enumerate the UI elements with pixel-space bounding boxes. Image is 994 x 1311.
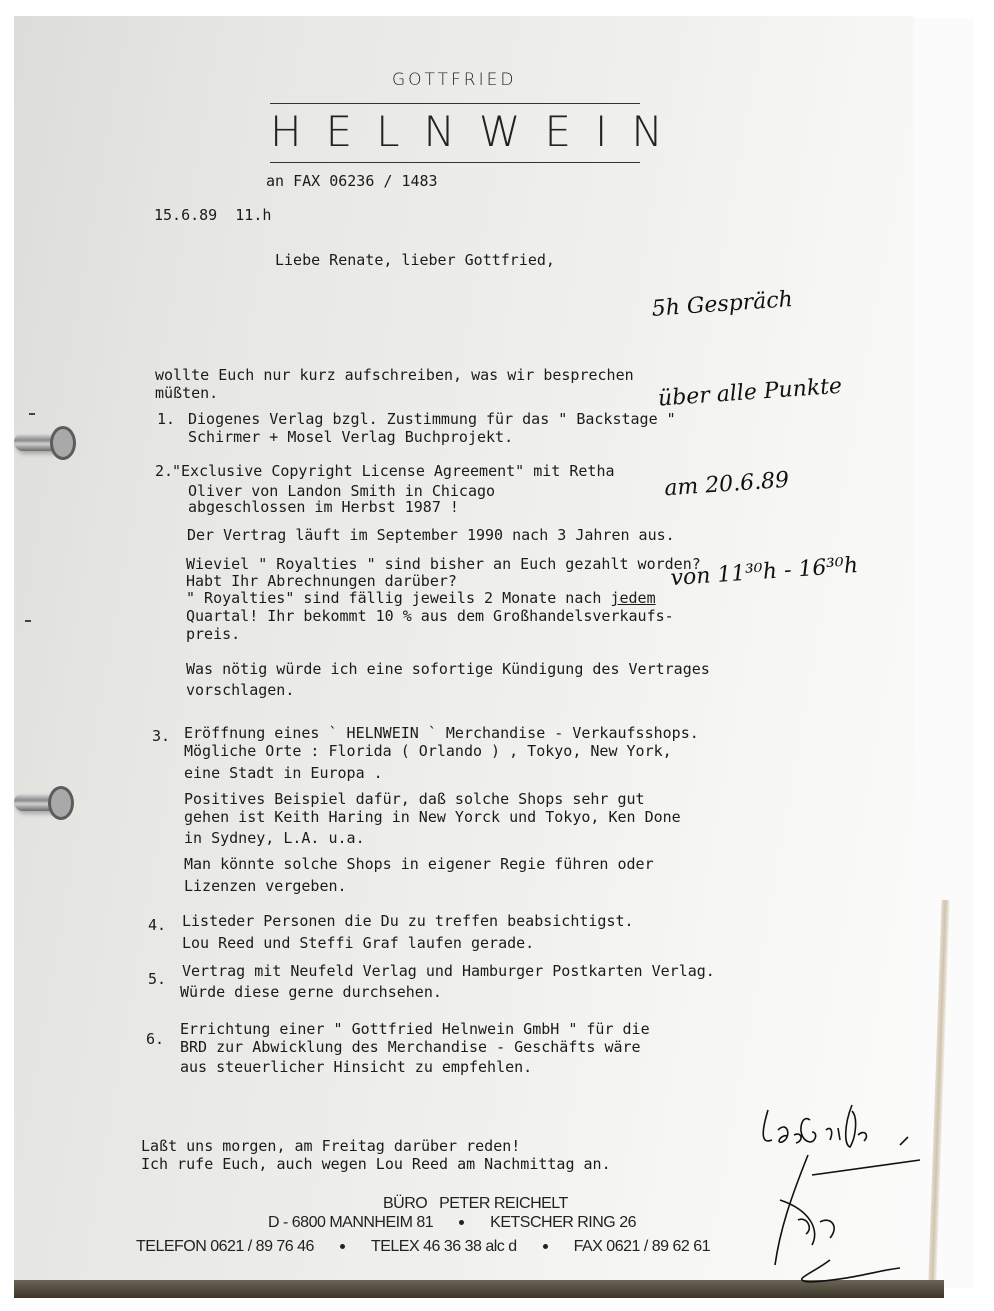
item-3-line: Eröffnung eines ` HELNWEIN ` Merchandise… <box>184 724 699 742</box>
note-line: 5h Gespräch <box>651 282 840 325</box>
punch-mark <box>25 620 31 622</box>
item-3-paragraph: Positives Beispiel dafür, daß solche Sho… <box>184 790 645 808</box>
item-2-paragraph: Der Vertrag läuft im September 1990 nach… <box>187 526 675 544</box>
item-number: 2. <box>155 462 173 480</box>
closing-line: Ich rufe Euch, auch wegen Lou Reed am Na… <box>141 1155 611 1173</box>
royalties-line: " Royalties" sind fällig jeweils 2 Monat… <box>186 589 610 607</box>
closing-line: Laßt uns morgen, am Freitag darüber rede… <box>141 1137 520 1155</box>
item-2-paragraph: Was nötig würde ich eine sofortige Kündi… <box>186 660 710 678</box>
fax-line: an FAX 06236 / 1483 <box>266 172 438 190</box>
item-5-line: Würde diese gerne durchsehen. <box>180 983 442 1001</box>
letterhead-first-name: GOTTFRIED <box>392 70 516 90</box>
note-line: über alle Punkte <box>657 372 846 415</box>
signature <box>750 1090 930 1294</box>
signature-scrawl-icon <box>750 1090 930 1290</box>
footer-city: D - 6800 MANNHEIM 81 <box>268 1214 433 1231</box>
letterhead-rule-top <box>270 103 640 104</box>
item-2-paragraph: Quartal! Ihr bekommt 10 % aus dem Großha… <box>186 607 674 625</box>
item-4-line: Listeder Personen die Du zu treffen beab… <box>182 912 634 930</box>
footer-street: KETSCHER RING 26 <box>490 1214 636 1231</box>
item-2-paragraph: Wieviel " Royalties " sind bisher an Euc… <box>186 555 701 573</box>
item-2-paragraph: preis. <box>186 625 240 643</box>
item-2-paragraph: vorschlagen. <box>186 681 294 699</box>
bullet-icon <box>340 1244 345 1249</box>
item-3-line: Mögliche Orte : Florida ( Orlando ) , To… <box>184 742 672 760</box>
item-3-paragraph: in Sydney, L.A. u.a. <box>184 829 365 847</box>
item-2-line: "Exclusive Copyright License Agreement" … <box>172 462 615 480</box>
item-6-line: BRD zur Abwicklung des Merchandise - Ges… <box>180 1038 641 1056</box>
footer-contact: TELEFON 0621 / 89 76 46TELEX 46 36 38 al… <box>136 1238 710 1256</box>
item-number: 5. <box>148 970 166 988</box>
item-2-paragraph: Habt Ihr Abrechnungen darüber? <box>186 572 457 590</box>
item-4-line: Lou Reed und Steffi Graf laufen gerade. <box>182 934 534 952</box>
item-number: 3. <box>152 727 170 745</box>
note-line: am 20.6.89 <box>663 461 852 504</box>
item-3-paragraph: Man könnte solche Shops in eigener Regie… <box>184 855 654 873</box>
footer-fax: FAX 0621 / 89 62 61 <box>574 1238 710 1255</box>
punch-mark <box>29 413 35 415</box>
footer-telex: TELEX 46 36 38 alc d <box>371 1238 517 1255</box>
item-2-line: abgeschlossen im Herbst 1987 ! <box>188 498 459 516</box>
item-1-line: Schirmer + Mosel Verlag Buchprojekt. <box>188 428 513 446</box>
item-number: 4. <box>148 916 166 934</box>
underlined-word: jedem <box>610 589 655 607</box>
item-6-line: aus steuerlicher Hinsicht zu empfehlen. <box>180 1058 532 1076</box>
footer-address: D - 6800 MANNHEIM 81KETSCHER RING 26 <box>268 1214 636 1232</box>
bullet-icon <box>459 1220 464 1225</box>
date-line: 15.6.89 11.h <box>154 206 271 224</box>
intro-line: wollte Euch nur kurz aufschreiben, was w… <box>155 366 634 384</box>
footer-office: BÜRO PETER REICHELT <box>383 1195 568 1213</box>
item-3-line: eine Stadt in Europa . <box>184 764 383 782</box>
item-3-paragraph: gehen ist Keith Haring in New Yorck und … <box>184 808 681 826</box>
letterhead-rule-bottom <box>270 162 640 163</box>
item-number: 1. <box>157 410 175 428</box>
letterhead-last-name: HELNWEIN <box>270 110 640 154</box>
bullet-icon <box>543 1244 548 1249</box>
item-2-paragraph: " Royalties" sind fällig jeweils 2 Monat… <box>186 589 656 607</box>
item-number: 6. <box>146 1030 164 1048</box>
item-1-line: Diogenes Verlag bzgl. Zustimmung für das… <box>188 410 676 428</box>
footer-phone: TELEFON 0621 / 89 76 46 <box>136 1238 314 1255</box>
salutation: Liebe Renate, lieber Gottfried, <box>275 251 555 269</box>
intro-line: müßten. <box>155 384 218 402</box>
binder-ring-bottom-end <box>48 786 74 820</box>
item-5-line: Vertrag mit Neufeld Verlag und Hamburger… <box>182 962 715 980</box>
item-3-paragraph: Lizenzen vergeben. <box>184 877 347 895</box>
item-6-line: Errichtung einer " Gottfried Helnwein Gm… <box>180 1020 650 1038</box>
binder-ring-top-end <box>50 426 76 460</box>
